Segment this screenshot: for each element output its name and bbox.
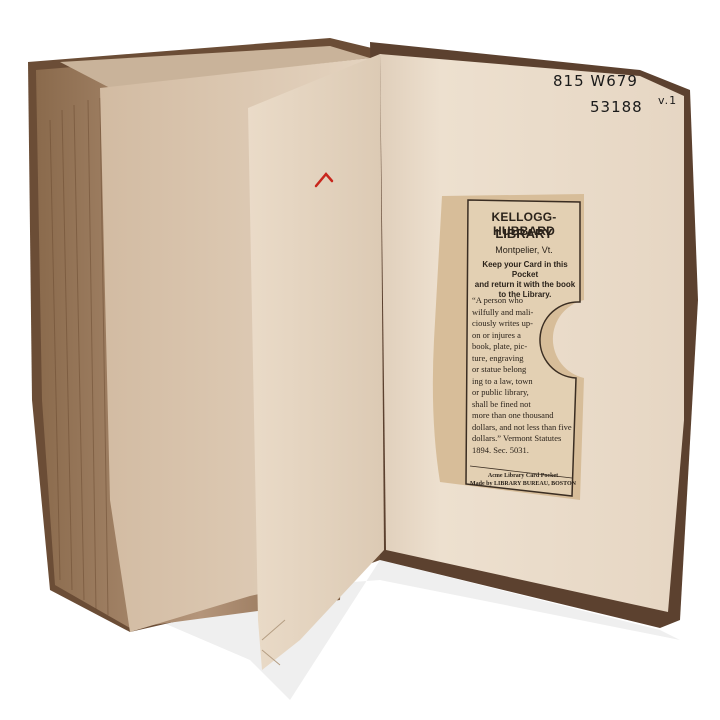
library-location: Montpelier, Vt. <box>474 245 574 255</box>
volume-number: v.1 <box>658 94 677 107</box>
library-name-line2: LIBRARY <box>474 226 574 241</box>
card-instruction: Keep your Card in this Pocket and return… <box>470 260 580 300</box>
statute-quote: “A person who wilfully and mali- ciously… <box>472 295 582 456</box>
pocket-maker: Acme Library Card Pocket Made by LIBRARY… <box>470 472 576 488</box>
flyleaf-page <box>248 54 384 670</box>
call-number-line1: 815 W679 <box>553 72 638 90</box>
call-number-line2: 53188 <box>590 98 643 116</box>
